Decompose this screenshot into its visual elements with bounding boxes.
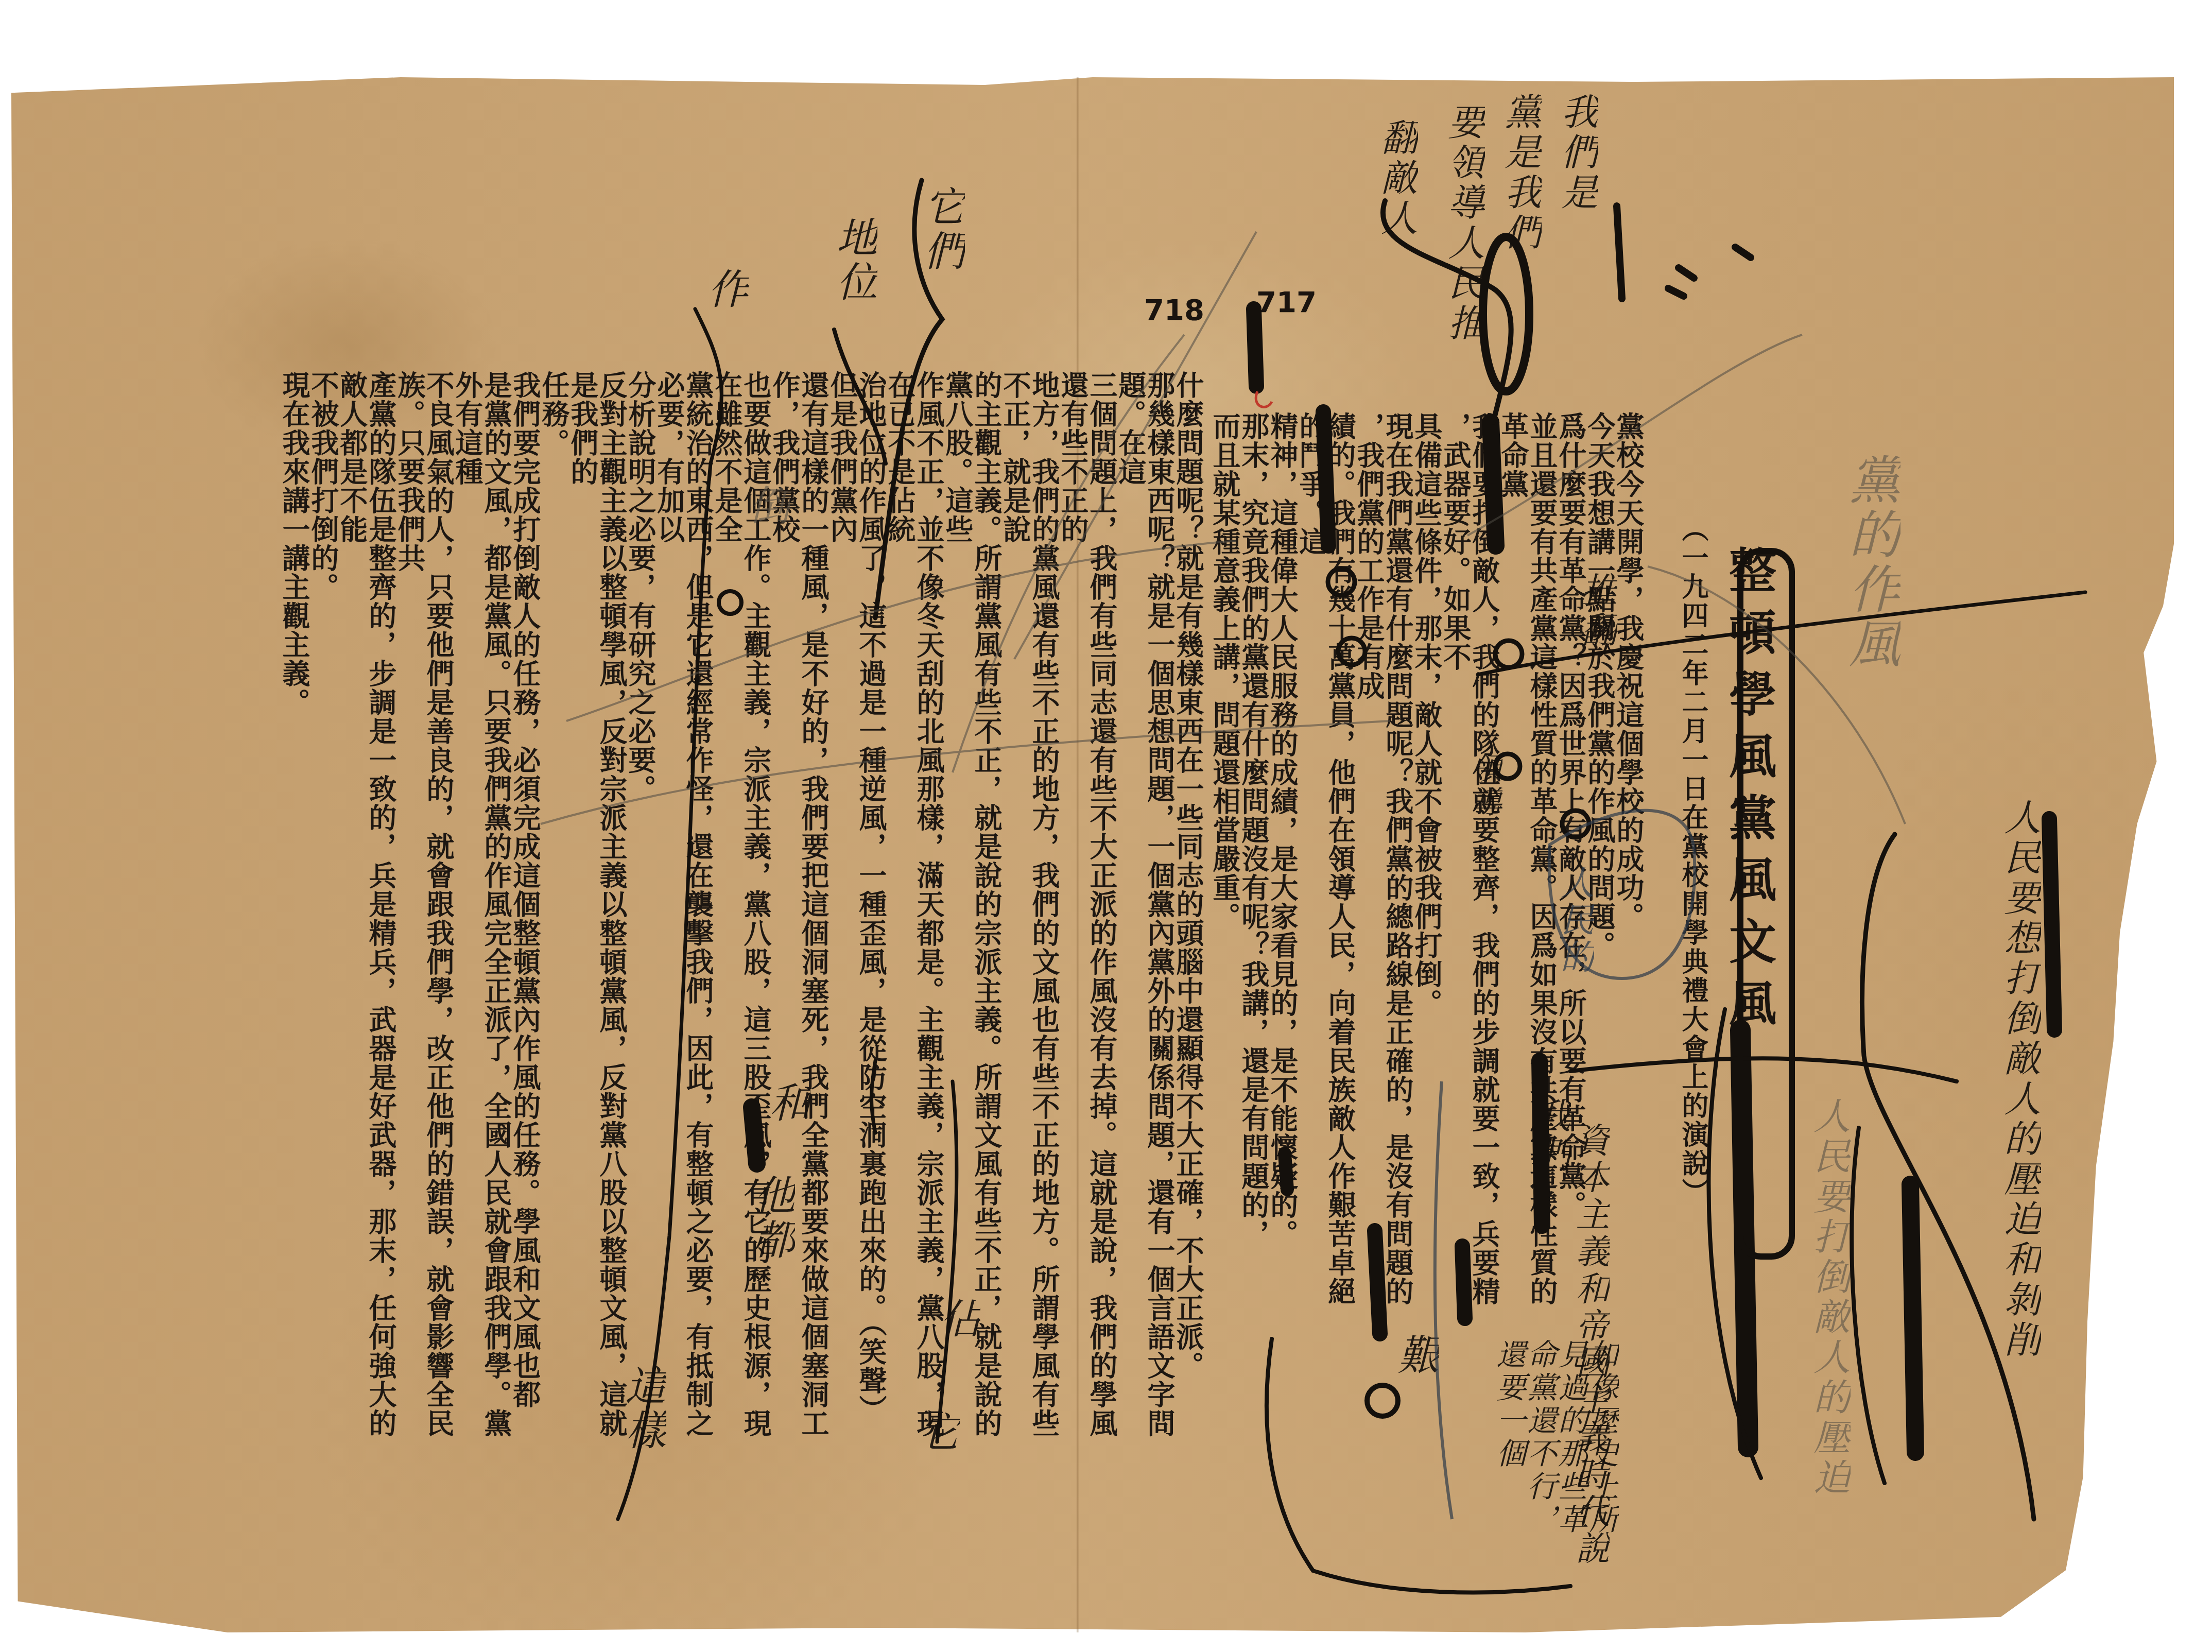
handwritten-note: 地位 — [824, 216, 883, 305]
page-number-left: 718 — [1144, 294, 1204, 327]
pencil-note: 黨的作風 — [1833, 453, 1907, 672]
handwritten-note: 領導 — [1462, 752, 1507, 820]
handwritten-note: 倒 — [736, 484, 796, 528]
handwritten-note: 我們是 — [1550, 93, 1603, 213]
left-page-text-column: 反對主觀主義以整頓學風，反對宗派主義以整頓黨風，反對黨八股以整頓文風，這就 — [595, 371, 629, 1438]
left-page-text-column: 現在我來講一講主觀主義。 — [278, 371, 312, 717]
left-page-text-column: 那幾樣東西呢？就是一個思想問題，一個黨內黨外的關係問題，還有一個言語文字問 — [1143, 371, 1177, 1438]
handwritten-note: 人民要想打倒敵人的壓迫和剝削 — [1993, 798, 2046, 1361]
pen-note: 人民的 — [1550, 865, 1599, 976]
handwritten-note: 這樣 — [613, 1365, 672, 1453]
handwritten-note: 艱 — [1385, 1334, 1444, 1378]
handwritten-note: 推翻 — [1570, 572, 1622, 650]
handwritten-note: 要領導人民推 — [1437, 103, 1490, 344]
document-subtitle: （一九四二年二月一日在黨校開學典禮大會上的演說） — [1673, 515, 1712, 1207]
handwritten-note: 黨是我們 — [1493, 93, 1547, 253]
document-title: 整頓學風黨風文風 — [1715, 546, 1783, 1040]
left-page-text-column: 是黨的文風，都是黨風。只要我們黨的作風完全正派了，全國人民就會跟我們學。黨 — [479, 371, 513, 1438]
handwritten-note: 如像歷史上所見過的那些革命黨還不行，還要一個 — [1493, 1339, 1617, 1555]
handwritten-note: 它 — [906, 1411, 965, 1455]
page-number-right: 717 — [1256, 286, 1317, 319]
handwritten-note: 它們 — [911, 185, 971, 274]
handwritten-note: 人民要打倒敵人的壓迫 — [1802, 1097, 1856, 1499]
handwritten-note: 作 — [695, 268, 754, 312]
handwritten-note: 和 — [757, 1081, 816, 1126]
handwritten-note: 佔 — [927, 1298, 986, 1342]
page-fold — [1076, 77, 1079, 1632]
handwritten-note: 他都 — [741, 1174, 801, 1263]
handwritten-note: 翻敵人 — [1370, 118, 1423, 239]
right-page-text-column: 而且就某種意義上講，問題還相當嚴重。 — [1208, 412, 1242, 931]
